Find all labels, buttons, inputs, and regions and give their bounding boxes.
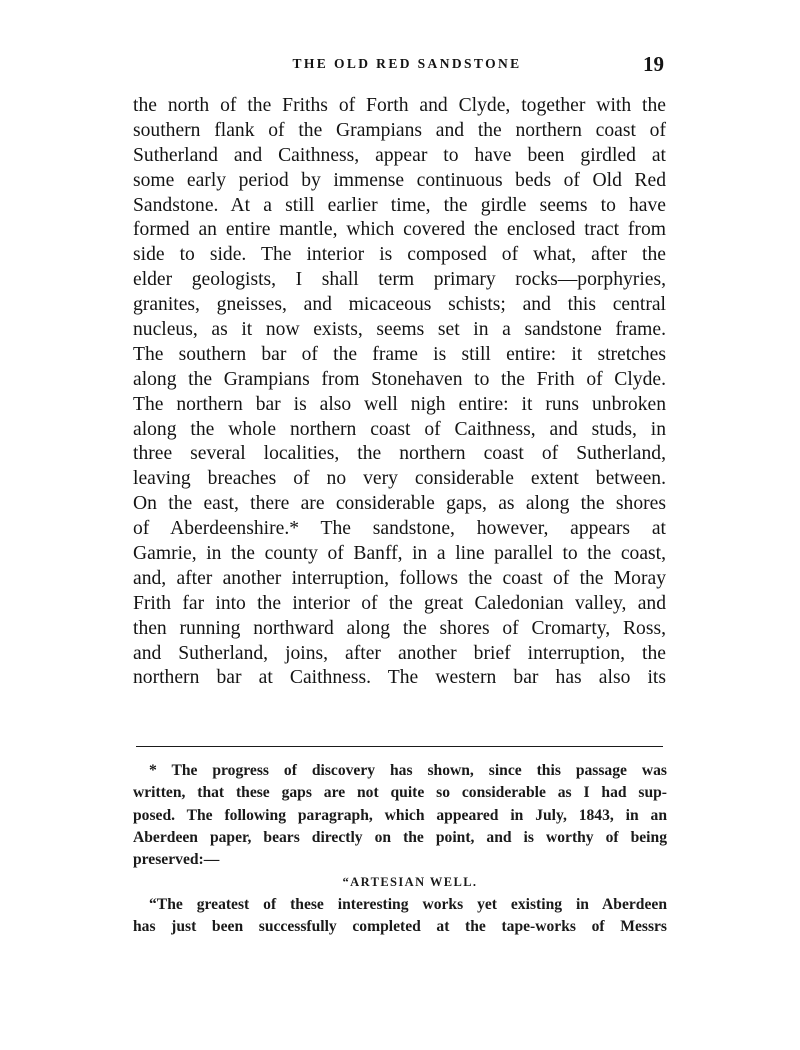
- text-line: along the Grampians from Stonehaven to t…: [133, 368, 666, 393]
- footnote-line: * The progress of discovery has shown, s…: [133, 760, 667, 782]
- quote-heading: “ARTESIAN WELL.: [133, 871, 667, 893]
- text-line: northern bar at Caithness. The western b…: [133, 666, 666, 691]
- text-line: Sandstone. At a still earlier time, the …: [133, 194, 666, 219]
- text-line: On the east, there are considerable gaps…: [133, 492, 666, 517]
- text-line: some early period by immense continuous …: [133, 169, 666, 194]
- text-line: Sutherland and Caithness, appear to have…: [133, 144, 666, 169]
- text-line: along the whole northern coast of Caithn…: [133, 418, 666, 443]
- footnote-line: posed. The following paragraph, which ap…: [133, 805, 667, 827]
- text-line: The northern bar is also well nigh entir…: [133, 393, 666, 418]
- text-line: nucleus, as it now exists, seems set in …: [133, 318, 666, 343]
- text-line: of Aberdeenshire.* The sandstone, howeve…: [133, 517, 666, 542]
- text-line: three several localities, the northern c…: [133, 442, 666, 467]
- quote-line: “The greatest of these interesting works…: [133, 894, 667, 916]
- text-line: side to side. The interior is composed o…: [133, 243, 666, 268]
- body-paragraph: the north of the Friths of Forth and Cly…: [133, 94, 666, 691]
- text-line: leaving breaches of no very considerable…: [133, 467, 666, 492]
- footnote: * The progress of discovery has shown, s…: [133, 760, 667, 938]
- text-line: granites, gneisses, and micaceous schist…: [133, 293, 666, 318]
- running-title: THE OLD RED SANDSTONE: [134, 56, 664, 72]
- text-line: and, after another interruption, follows…: [133, 567, 666, 592]
- footnote-divider: [136, 746, 663, 747]
- text-line: Gamrie, in the county of Banff, in a lin…: [133, 542, 666, 567]
- text-line: The southern bar of the frame is still e…: [133, 343, 666, 368]
- book-page: THE OLD RED SANDSTONE 19 the north of th…: [0, 0, 800, 1050]
- text-line: elder geologists, I shall term primary r…: [133, 268, 666, 293]
- page-number: 19: [643, 52, 664, 77]
- text-line: southern flank of the Grampians and the …: [133, 119, 666, 144]
- running-head: THE OLD RED SANDSTONE 19: [134, 56, 664, 80]
- text-line: then running northward along the shores …: [133, 617, 666, 642]
- footnote-line: Aberdeen paper, bears directly on the po…: [133, 827, 667, 849]
- footnote-line: written, that these gaps are not quite s…: [133, 782, 667, 804]
- text-line: the north of the Friths of Forth and Cly…: [133, 94, 666, 119]
- quote-line: has just been successfully completed at …: [133, 916, 667, 938]
- text-line: and Sutherland, joins, after another bri…: [133, 642, 666, 667]
- text-line: Frith far into the interior of the great…: [133, 592, 666, 617]
- text-line: formed an entire mantle, which covered t…: [133, 218, 666, 243]
- footnote-line: preserved:—: [133, 849, 667, 871]
